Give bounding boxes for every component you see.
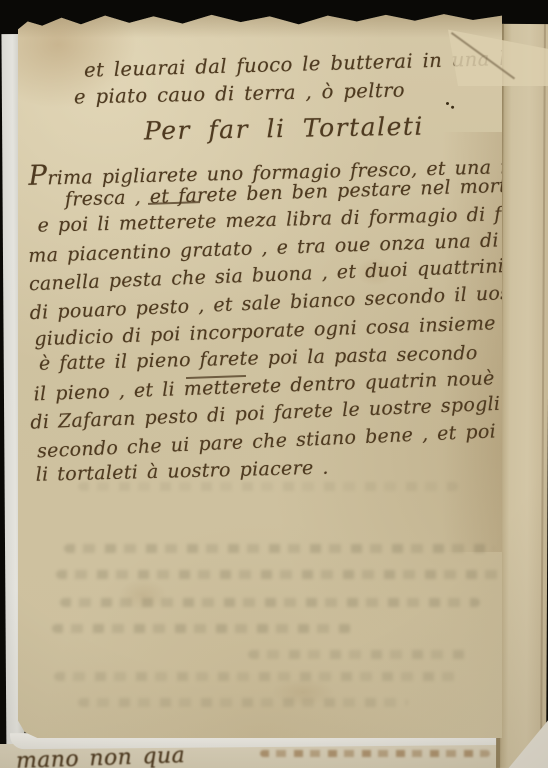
paper-stain — [18, 12, 502, 38]
bleed-through-line — [78, 482, 458, 491]
recipe-body: Prima pigliarete uno formagio fresco, et… — [24, 148, 510, 491]
ink-mark — [446, 102, 450, 106]
handwritten-line: e piato cauo di terra , ò peltro — [74, 79, 405, 109]
bleed-through-line — [54, 672, 464, 681]
right-page-strip — [496, 24, 548, 768]
bleed-through-line — [64, 544, 494, 553]
under-page-writing-trace — [260, 750, 490, 757]
bleed-through-line — [248, 650, 468, 659]
bleed-through-line — [56, 570, 504, 579]
right-page-edge-line — [540, 24, 546, 768]
recipe-heading: Per far li Tortaleti — [144, 112, 424, 146]
bleed-through-line — [78, 698, 408, 707]
manuscript-page: et leuarai dal fuoco le butterai in una … — [18, 12, 502, 738]
bleed-through-line — [52, 624, 352, 633]
bleed-through-line — [60, 598, 480, 607]
manuscript-photo: mano non qua et leuarai dal fuoco le but… — [0, 0, 548, 768]
